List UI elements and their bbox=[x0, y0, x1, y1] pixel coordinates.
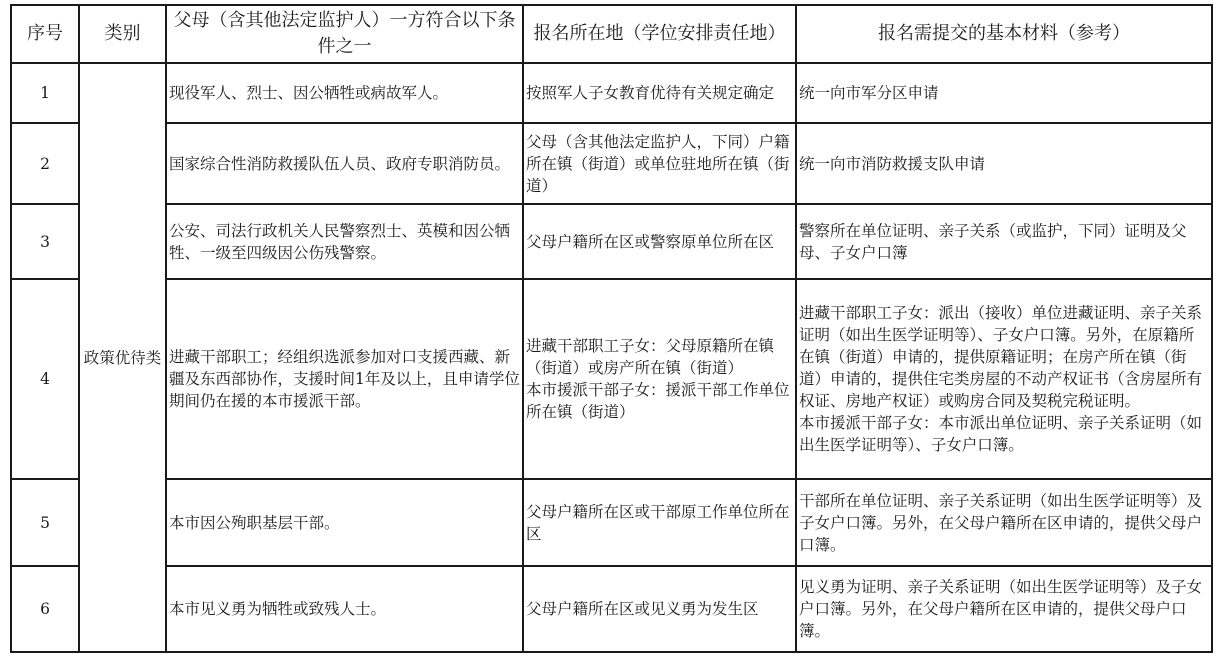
table-row: 4 进藏干部职工；经组织选派参加对口支援西藏、新疆及东西部协作，支援时间1年及以… bbox=[11, 279, 1212, 479]
table-row: 5 本市因公殉职基层干部。 父母户籍所在区或干部原工作单位所在区 干部所在单位证… bbox=[11, 479, 1212, 566]
row-number: 3 bbox=[11, 204, 79, 279]
location-cell: 进藏干部职工子女：父母原籍所在镇（街道）或房产所在镇（街道） 本市援派干部子女：… bbox=[523, 279, 796, 479]
location-cell: 父母户籍所在区或警察原单位所在区 bbox=[523, 204, 796, 279]
condition-cell: 现役军人、烈士、因公牺牲或病故军人。 bbox=[166, 63, 523, 123]
row-number: 4 bbox=[11, 279, 79, 479]
row-number: 5 bbox=[11, 479, 79, 566]
table-row: 3 公安、司法行政机关人民警察烈士、英模和因公牺牲、一级至四级因公伤残警察。 父… bbox=[11, 204, 1212, 279]
materials-cell: 见义勇为证明、亲子关系证明（如出生医学证明等）及子女户口簿。另外，在父母户籍所在… bbox=[796, 566, 1212, 652]
header-location: 报名所在地（学位安排责任地） bbox=[523, 5, 796, 63]
materials-cell: 统一向市消防救援支队申请 bbox=[796, 123, 1212, 204]
header-materials: 报名需提交的基本材料（参考） bbox=[796, 5, 1212, 63]
location-part: 本市援派干部子女：援派干部工作单位所在镇（街道） bbox=[526, 379, 793, 423]
condition-cell: 本市因公殉职基层干部。 bbox=[166, 479, 523, 566]
row-number: 2 bbox=[11, 123, 79, 204]
policy-table: 序号 类别 父母（含其他法定监护人）一方符合以下条件之一 报名所在地（学位安排责… bbox=[10, 4, 1213, 653]
category-cell: 政策优待类 bbox=[79, 63, 166, 652]
header-no: 序号 bbox=[11, 5, 79, 63]
header-condition: 父母（含其他法定监护人）一方符合以下条件之一 bbox=[166, 5, 523, 63]
location-cell: 按照军人子女教育优待有关规定确定 bbox=[523, 63, 796, 123]
location-part: 进藏干部职工子女：父母原籍所在镇（街道）或房产所在镇（街道） bbox=[526, 335, 793, 379]
row-number: 6 bbox=[11, 566, 79, 652]
location-cell: 父母（含其他法定监护人，下同）户籍所在镇（街道）或单位驻地所在镇（街道） bbox=[523, 123, 796, 204]
header-row: 序号 类别 父母（含其他法定监护人）一方符合以下条件之一 报名所在地（学位安排责… bbox=[11, 5, 1212, 63]
table-row: 2 国家综合性消防救援队伍人员、政府专职消防员。 父母（含其他法定监护人，下同）… bbox=[11, 123, 1212, 204]
table-row: 6 本市见义勇为牺牲或致残人士。 父母户籍所在区或见义勇为发生区 见义勇为证明、… bbox=[11, 566, 1212, 652]
location-cell: 父母户籍所在区或见义勇为发生区 bbox=[523, 566, 796, 652]
materials-cell: 进藏干部职工子女：派出（接收）单位进藏证明、亲子关系证明（如出生医学证明等）、子… bbox=[796, 279, 1212, 479]
condition-cell: 国家综合性消防救援队伍人员、政府专职消防员。 bbox=[166, 123, 523, 204]
condition-cell: 公安、司法行政机关人民警察烈士、英模和因公牺牲、一级至四级因公伤残警察。 bbox=[166, 204, 523, 279]
materials-cell: 统一向市军分区申请 bbox=[796, 63, 1212, 123]
header-category: 类别 bbox=[79, 5, 166, 63]
materials-cell: 干部所在单位证明、亲子关系证明（如出生医学证明等）及子女户口簿。另外，在父母户籍… bbox=[796, 479, 1212, 566]
row-number: 1 bbox=[11, 63, 79, 123]
materials-part: 本市援派干部子女：本市派出单位证明、亲子关系证明（如出生医学证明等）、子女户口簿… bbox=[799, 412, 1209, 456]
condition-cell: 进藏干部职工；经组织选派参加对口支援西藏、新疆及东西部协作，支援时间1年及以上，… bbox=[166, 279, 523, 479]
location-cell: 父母户籍所在区或干部原工作单位所在区 bbox=[523, 479, 796, 566]
table-row: 1 政策优待类 现役军人、烈士、因公牺牲或病故军人。 按照军人子女教育优待有关规… bbox=[11, 63, 1212, 123]
materials-part: 进藏干部职工子女：派出（接收）单位进藏证明、亲子关系证明（如出生医学证明等）、子… bbox=[799, 302, 1209, 412]
condition-cell: 本市见义勇为牺牲或致残人士。 bbox=[166, 566, 523, 652]
materials-cell: 警察所在单位证明、亲子关系（或监护，下同）证明及父母、子女户口簿 bbox=[796, 204, 1212, 279]
